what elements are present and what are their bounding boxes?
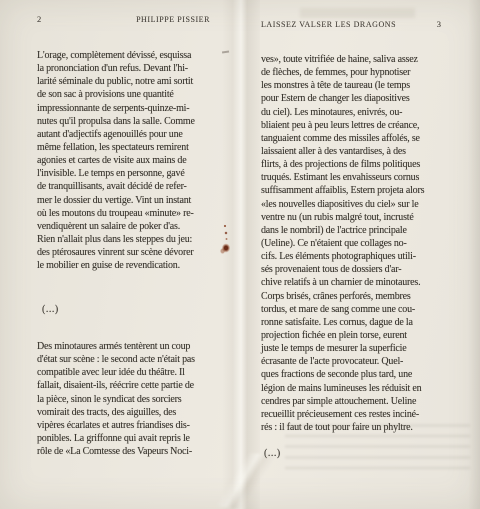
running-head-author: PHILIPPE PISSIER (136, 15, 210, 24)
text-line: d'état sur scène : le second acte n'étai… (37, 353, 212, 366)
running-head-left: 2 PHILIPPE PISSIER (37, 14, 210, 24)
text-line: impressionnante de serpents-quinze-mi- (37, 102, 212, 115)
running-head-right: LAISSEZ VALSER LES DRAGONS 3 (261, 19, 441, 29)
text-line: vipères écarlates et autres friandises d… (37, 419, 212, 432)
text-line: de son sac à provisions une quantité (37, 88, 212, 101)
text-line: vendiquèrent un salaire de poker d'as. (37, 220, 212, 233)
text-line: L'orage, complètement dévissé, esquissa (37, 49, 212, 62)
text-line: Des minotaures armés tentèrent un coup (37, 340, 212, 353)
text-line: autant d'adjectifs agenouillés pour une (37, 128, 212, 141)
ellipsis-marker-left: (...) (42, 304, 59, 315)
text-line: sés provenaient tous de dossiers d'ar- (261, 263, 433, 276)
text-line: vomirait des tracts, des aiguilles, des (37, 406, 212, 419)
body-paragraph-2: Des minotaures armés tentèrent un coupd'… (37, 340, 212, 458)
body-paragraph-3: ves», toute vitrifiée de haine, saliva a… (261, 53, 433, 434)
text-line: ronne satisfaite. Les cornus, dague de l… (261, 316, 433, 329)
text-line: des ptérosaures vinrent sur scène dévore… (37, 246, 212, 259)
text-line: projection fichée en plein torse, eurent (261, 329, 433, 342)
text-line: flirts, à des projections de films polit… (261, 158, 433, 171)
page-showthrough-bottom (285, 424, 470, 472)
page-showthrough-top (300, 8, 415, 18)
text-line: Rien n'allait plus dans les steppes du j… (37, 233, 212, 246)
text-line: mer le dossier du vertige. Vint un insta… (37, 194, 212, 207)
text-line: de tranquillisants, avait décidé de refe… (37, 180, 212, 193)
text-line: ves», toute vitrifiée de haine, saliva a… (261, 53, 433, 66)
text-line: cifs. Les éléments photographiques utili… (261, 250, 433, 263)
text-line: l'invisible. Le temps en personne, gavé (37, 167, 212, 180)
text-line: de flèches, de femmes, pour hypnotiser (261, 66, 433, 79)
text-line: Corps brisés, crânes perforés, membres (261, 290, 433, 303)
body-paragraph-1: L'orage, complètement dévissé, esquissal… (37, 49, 212, 272)
text-line: (Ueline). Ce n'étaient que collages no- (261, 237, 433, 250)
text-line: fallait, disaient-ils, réécrire cette pa… (37, 379, 212, 392)
text-line: compatible avec leur idée du théâtre. Il (37, 366, 212, 379)
text-line: du ciel). Les minotaures, enivrés, ou- (261, 106, 433, 119)
book-spread: 2 PHILIPPE PISSIER L'orage, complètement… (0, 0, 480, 509)
text-line: la pièce, sinon le syndicat des sorciers (37, 393, 212, 406)
text-line: nutes qu'il propulsa dans la salle. Comm… (37, 115, 212, 128)
text-line: dans le nombril) de l'actrice principale (261, 224, 433, 237)
text-line: truqués. Estimant les envahisseurs cornu… (261, 171, 433, 184)
text-line: les monstres à tête de taureau (le temps (261, 79, 433, 92)
text-line: la prononciation d'un refus. Devant l'hi… (37, 62, 212, 75)
text-line: laissaient aller à des vantardises, à de… (261, 145, 433, 158)
text-line: tanguaient comme des missiles affolés, s… (261, 132, 433, 145)
text-line: cendres par simple attouchement. Ueline (261, 395, 433, 408)
text-line: agonies et cartes de visite aux mains de (37, 154, 212, 167)
text-line: écrasante de l'acte provocateur. Quel- (261, 355, 433, 368)
paper-crease (189, 446, 295, 509)
page-edge-shadow (468, 0, 480, 509)
text-line: ponibles. La griffonne qui avait repris … (37, 432, 212, 445)
text-line: tordus, et mare de sang comme une cou- (261, 303, 433, 316)
text-line: le mobilier en guise de revendication. (37, 259, 212, 272)
running-head-title: LAISSEZ VALSER LES DRAGONS (261, 20, 396, 29)
text-line: recueillit précieusement ces restes inci… (261, 408, 433, 421)
text-line: même fellation, les spectateurs remirent (37, 141, 212, 154)
text-line: larité séminale du public, notre ami sor… (37, 75, 212, 88)
page-number-right: 3 (437, 19, 441, 29)
text-line: pour Estern de changer les diapositives (261, 92, 433, 105)
ink-stain (218, 222, 234, 256)
text-line: ques fractions de seconde plus tard, une (261, 368, 433, 381)
text-line: suffisamment affaiblis, Estern projeta a… (261, 184, 433, 197)
text-line: où les moutons du troupeau «minute» re- (37, 207, 212, 220)
text-line: «les nouvelles diapositives du ciel» sur… (261, 198, 433, 211)
page-left: 2 PHILIPPE PISSIER L'orage, complètement… (0, 0, 240, 509)
text-line: bliaient peu à peu leurs lettres de créa… (261, 119, 433, 132)
text-line: légion de mains lumineuses les réduisit … (261, 382, 433, 395)
page-number-left: 2 (37, 14, 41, 24)
text-line: juste le temps de mesurer la superficie (261, 342, 433, 355)
text-line: rôle de «La Comtesse des Vapeurs Noci- (37, 445, 212, 458)
text-line: chive relatifs à un charnier de minotaur… (261, 276, 433, 289)
text-line: ventre nu (un rubis malgré tout, incrust… (261, 211, 433, 224)
